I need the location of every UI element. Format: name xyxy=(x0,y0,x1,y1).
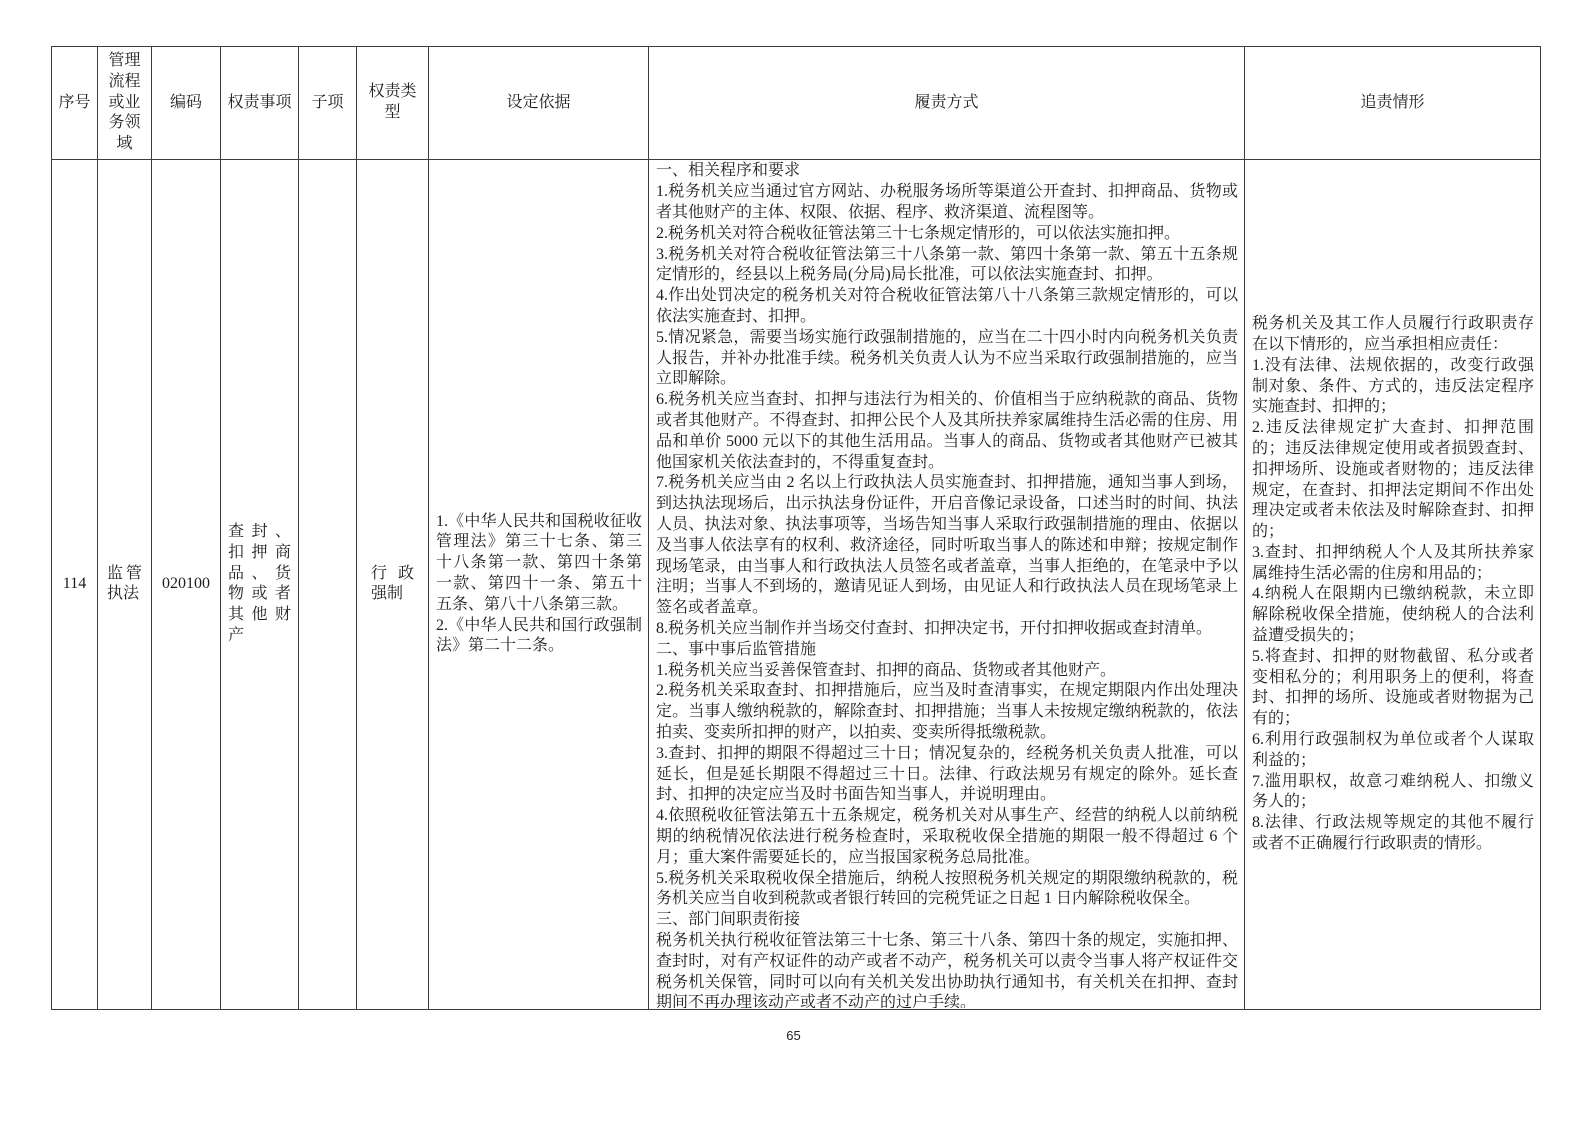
col-header-serial-label: 序号 xyxy=(58,93,91,114)
table-row: 114 监管执法 020100 查封、扣押商品、货物或者其他财产 行政强制 1.… xyxy=(52,159,1541,1009)
cell-serial: 114 xyxy=(52,159,98,1009)
matter-text: 查封、扣押商品、货物或者其他财产 xyxy=(228,523,291,644)
cell-duty-method: 一、相关程序和要求 1.税务机关应当通过官方网站、办税服务场所等渠道公开查封、扣… xyxy=(649,159,1245,1009)
col-header-duty-method: 履责方式 xyxy=(649,47,1245,160)
col-header-accountability: 追责情形 xyxy=(1245,47,1541,160)
business-area-text: 监管执法 xyxy=(107,565,142,603)
cell-code: 020100 xyxy=(152,159,221,1009)
col-header-code-label: 编码 xyxy=(158,93,214,114)
col-header-matter-label: 权责事项 xyxy=(227,93,292,114)
duty-method-text: 一、相关程序和要求 1.税务机关应当通过官方网站、办税服务场所等渠道公开查封、扣… xyxy=(649,160,1244,1008)
page-number: 65 xyxy=(0,1028,1587,1043)
table-header-row: 序号 管理流程或业务领域 编码 权责事项 子项 权责类型 设定依据 履责方式 追… xyxy=(52,47,1541,160)
document-page: 序号 管理流程或业务领域 编码 权责事项 子项 权责类型 设定依据 履责方式 追… xyxy=(0,0,1587,1122)
cell-accountability: 税务机关及其工作人员履行行政职责存在以下情形的，应当承担相应责任： 1.没有法律… xyxy=(1245,159,1541,1009)
col-header-matter: 权责事项 xyxy=(221,47,299,160)
col-header-business-area: 管理流程或业务领域 xyxy=(98,47,152,160)
cell-type: 行政强制 xyxy=(357,159,429,1009)
col-header-duty-method-label: 履责方式 xyxy=(655,93,1238,114)
responsibility-table: 序号 管理流程或业务领域 编码 权责事项 子项 权责类型 设定依据 履责方式 追… xyxy=(51,46,1541,1010)
cell-matter: 查封、扣押商品、货物或者其他财产 xyxy=(221,159,299,1009)
col-header-accountability-label: 追责情形 xyxy=(1251,93,1534,114)
col-header-serial: 序号 xyxy=(52,47,98,160)
col-header-legal-basis-label: 设定依据 xyxy=(435,93,642,114)
cell-legal-basis: 1.《中华人民共和国税收征收管理法》第三十七条、第三十八条第一款、第四十条第一款… xyxy=(429,159,649,1009)
accountability-text: 税务机关及其工作人员履行行政职责存在以下情形的，应当承担相应责任： 1.没有法律… xyxy=(1245,313,1540,856)
code-text: 020100 xyxy=(162,575,210,592)
cell-business-area: 监管执法 xyxy=(98,159,152,1009)
col-header-type-label: 权责类型 xyxy=(363,82,422,124)
col-header-sub-item: 子项 xyxy=(299,47,357,160)
type-text: 行政强制 xyxy=(371,565,414,603)
col-header-legal-basis: 设定依据 xyxy=(429,47,649,160)
legal-basis-text: 1.《中华人民共和国税收征收管理法》第三十七条、第三十八条第一款、第四十条第一款… xyxy=(429,511,648,659)
col-header-type: 权责类型 xyxy=(357,47,429,160)
col-header-code: 编码 xyxy=(152,47,221,160)
cell-sub-item xyxy=(299,159,357,1009)
serial-number: 114 xyxy=(63,575,86,592)
col-header-business-area-label: 管理流程或业务领域 xyxy=(104,51,145,155)
col-header-sub-item-label: 子项 xyxy=(305,93,350,114)
